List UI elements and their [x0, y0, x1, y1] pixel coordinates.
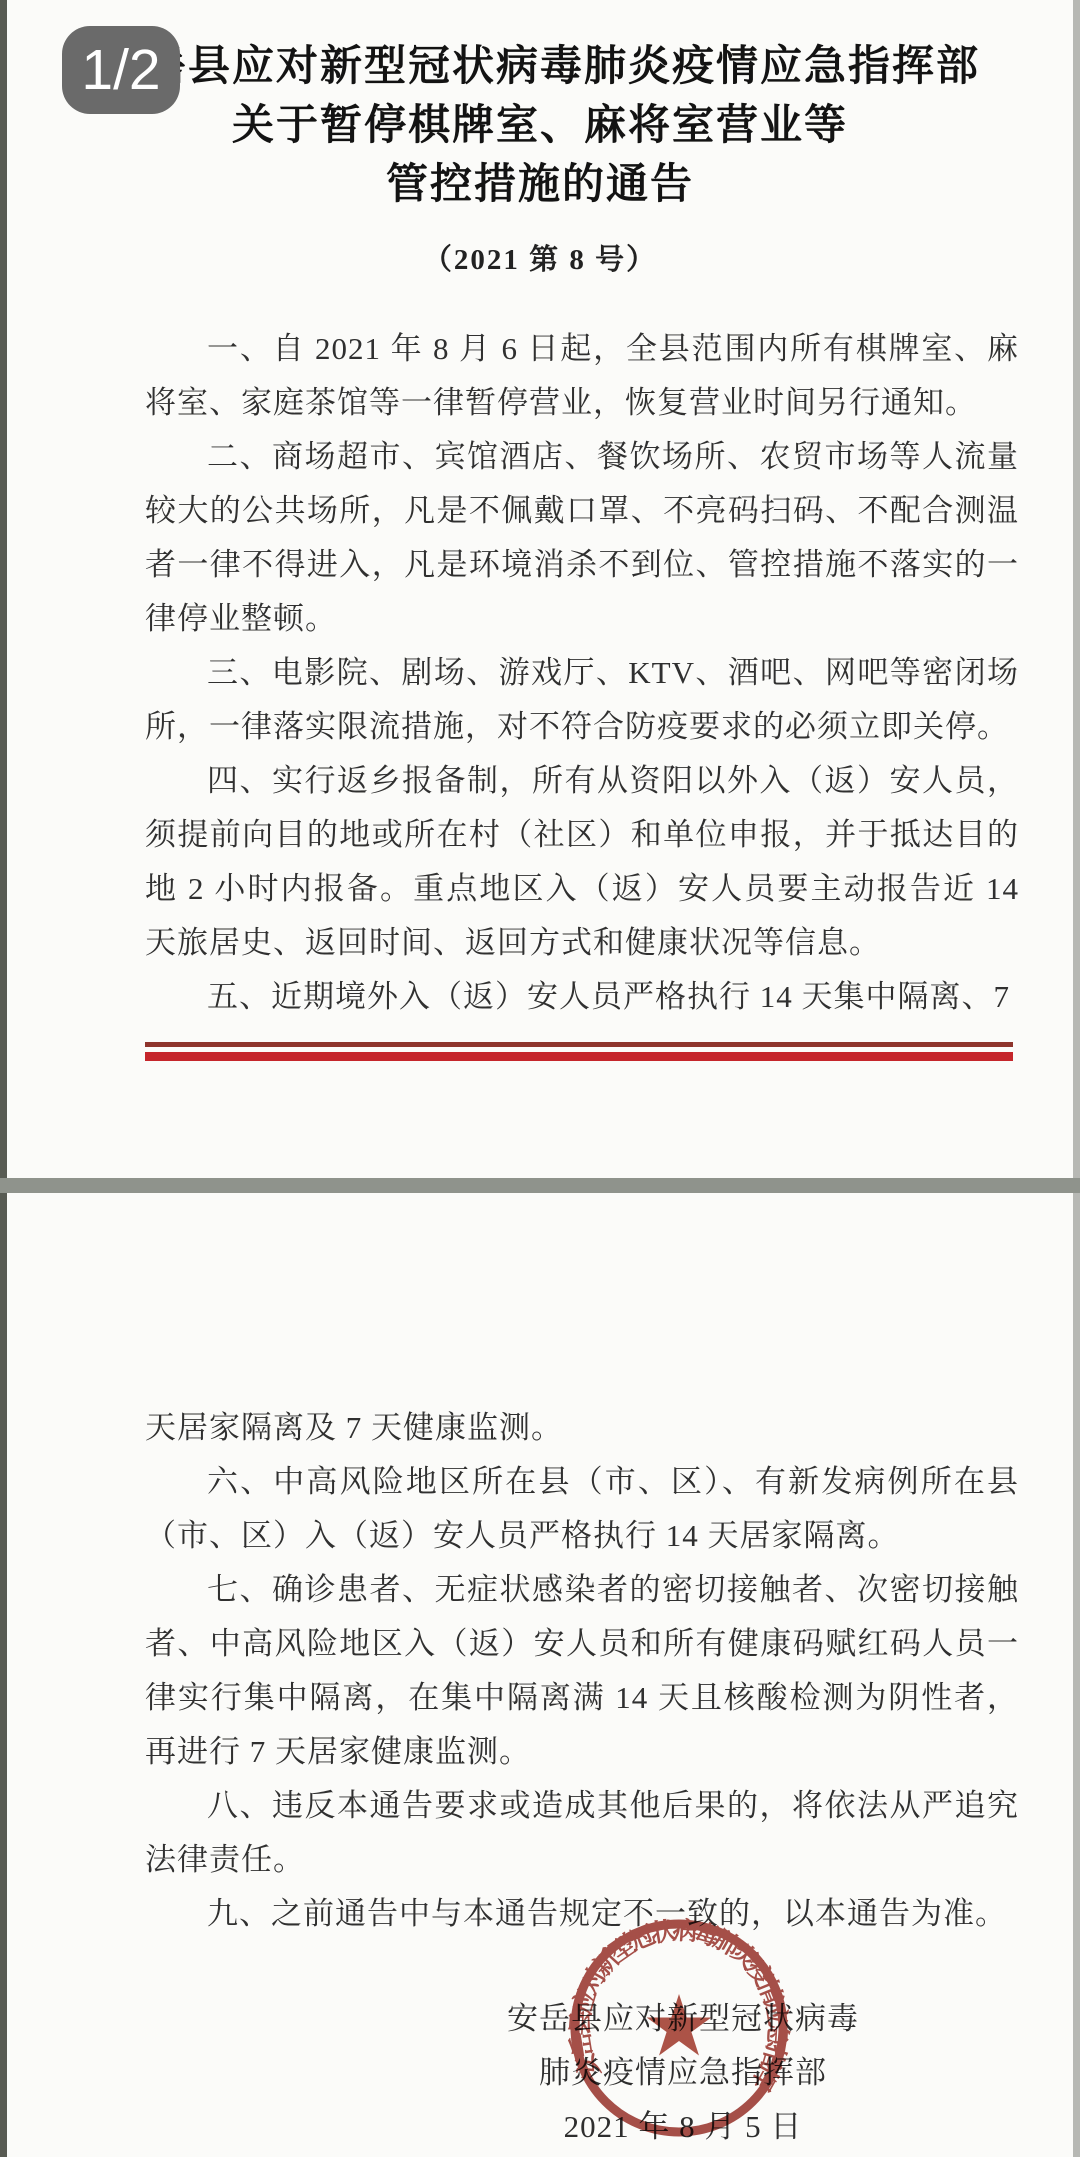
doc-number: （2021 第 8 号） [7, 237, 1073, 278]
document-page-2: 天居家隔离及 7 天健康监测。 六、中高风险地区所在县（市、区）、有新发病例所在… [0, 1193, 1080, 2157]
notice-body-page1: 一、自 2021 年 8 月 6 日起，全县范围内所有棋牌室、麻将室、家庭茶馆等… [145, 322, 1019, 1024]
paragraph-7: 七、确诊患者、无症状感染者的密切接触者、次密切接触者、中高风险地区入（返）安人员… [145, 1563, 1019, 1779]
seal-star [647, 1994, 712, 2056]
paragraph-3: 三、电影院、剧场、游戏厅、KTV、酒吧、网吧等密闭场所，一律落实限流措施，对不符… [145, 646, 1019, 754]
notice-body-page2: 天居家隔离及 7 天健康监测。 六、中高风险地区所在县（市、区）、有新发病例所在… [145, 1401, 1019, 1941]
title-line-3: 管控措施的通告 [7, 154, 1073, 213]
page-separator [0, 1178, 1080, 1193]
paragraph-4: 四、实行返乡报备制，所有从资阳以外入（返）安人员，须提前向目的地或所在村（社区）… [145, 754, 1019, 970]
paragraph-1: 一、自 2021 年 8 月 6 日起，全县范围内所有棋牌室、麻将室、家庭茶馆等… [145, 322, 1019, 430]
image-viewer: 1/2 安岳县应对新型冠状病毒肺炎疫情应急指挥部 关于暂停棋牌室、麻将室营业等 … [0, 0, 1080, 2157]
red-divider-thin-line [145, 1042, 1013, 1047]
document-page-1: 1/2 安岳县应对新型冠状病毒肺炎疫情应急指挥部 关于暂停棋牌室、麻将室营业等 … [0, 0, 1080, 1178]
red-divider [145, 1042, 1013, 1061]
paragraph-5-continuation: 天居家隔离及 7 天健康监测。 [145, 1401, 1019, 1455]
paragraph-2: 二、商场超市、宾馆酒店、餐饮场所、农贸市场等人流量较大的公共场所，凡是不佩戴口罩… [145, 430, 1019, 646]
official-seal: 安岳县应对新型冠状病毒肺炎疫情应急指挥部 [557, 1906, 801, 2150]
page-indicator-badge: 1/2 [62, 26, 180, 114]
paragraph-5: 五、近期境外入（返）安人员严格执行 14 天集中隔离、7 [145, 970, 1019, 1024]
red-divider-thick-line [145, 1052, 1013, 1061]
paragraph-8: 八、违反本通告要求或造成其他后果的，将依法从严追究法律责任。 [145, 1779, 1019, 1887]
paragraph-6: 六、中高风险地区所在县（市、区）、有新发病例所在县（市、区）入（返）安人员严格执… [145, 1455, 1019, 1563]
page-indicator-text: 1/2 [81, 42, 160, 99]
